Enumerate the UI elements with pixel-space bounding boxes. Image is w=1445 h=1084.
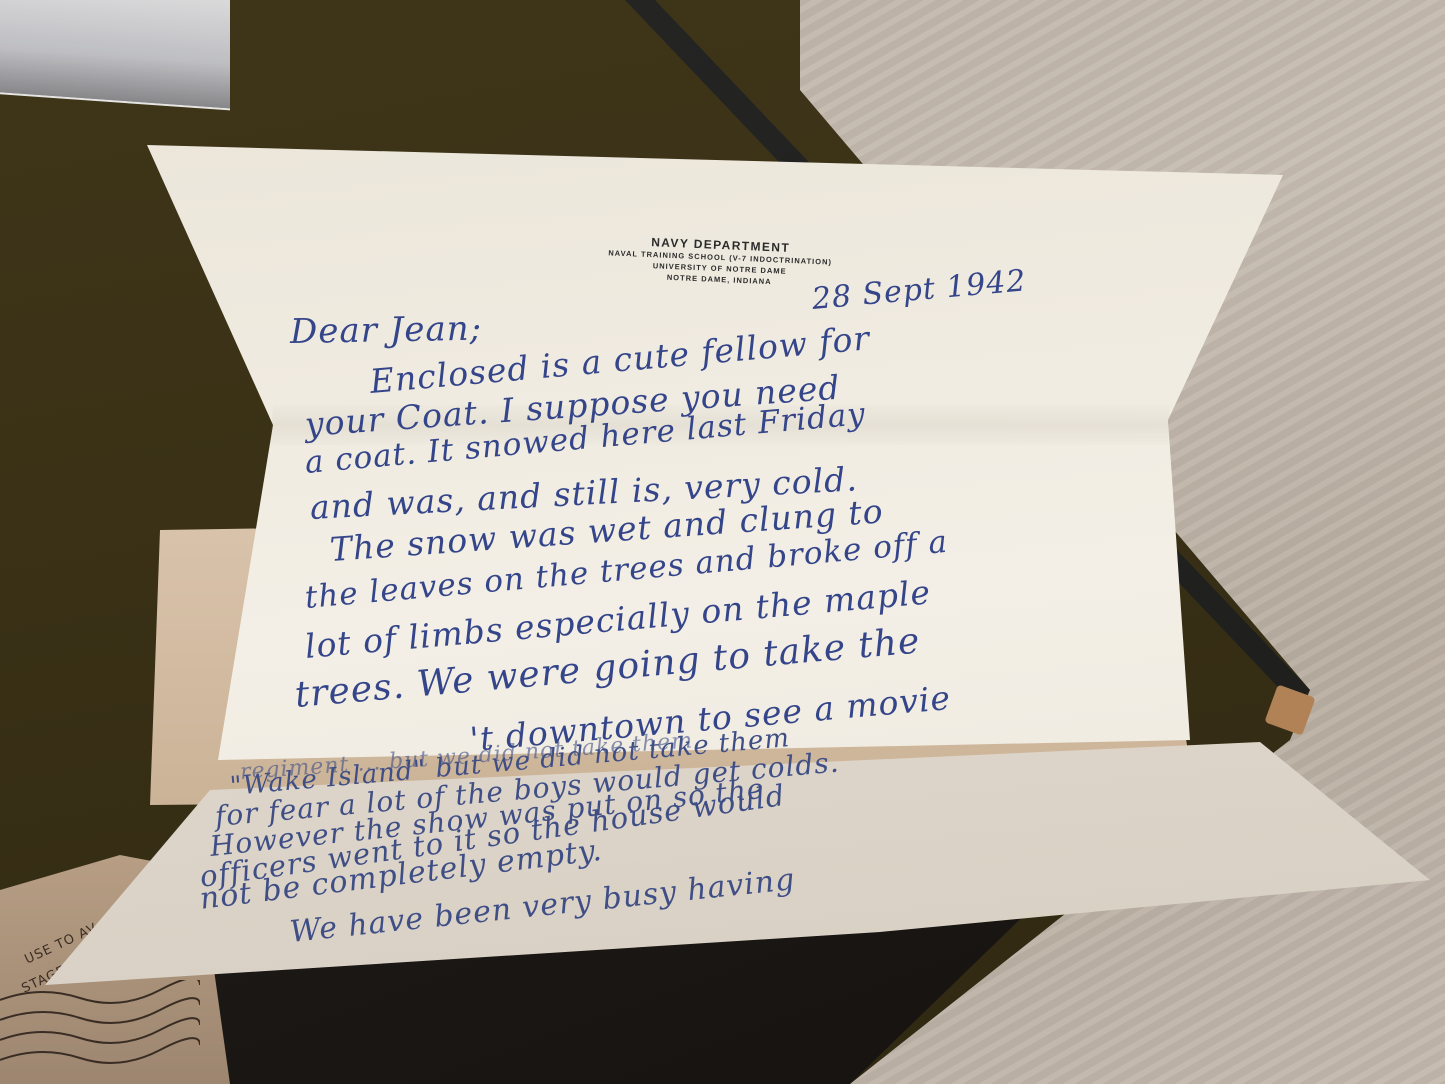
letter-salutation: Dear Jean;: [290, 309, 483, 352]
photo-scene: USE TO AV STAGE NAVY DEPARTMENT NAVAL TR…: [0, 0, 1445, 1084]
plastic-sleeves: [0, 0, 230, 110]
postmark-wavy-lines-icon: [0, 980, 200, 1080]
